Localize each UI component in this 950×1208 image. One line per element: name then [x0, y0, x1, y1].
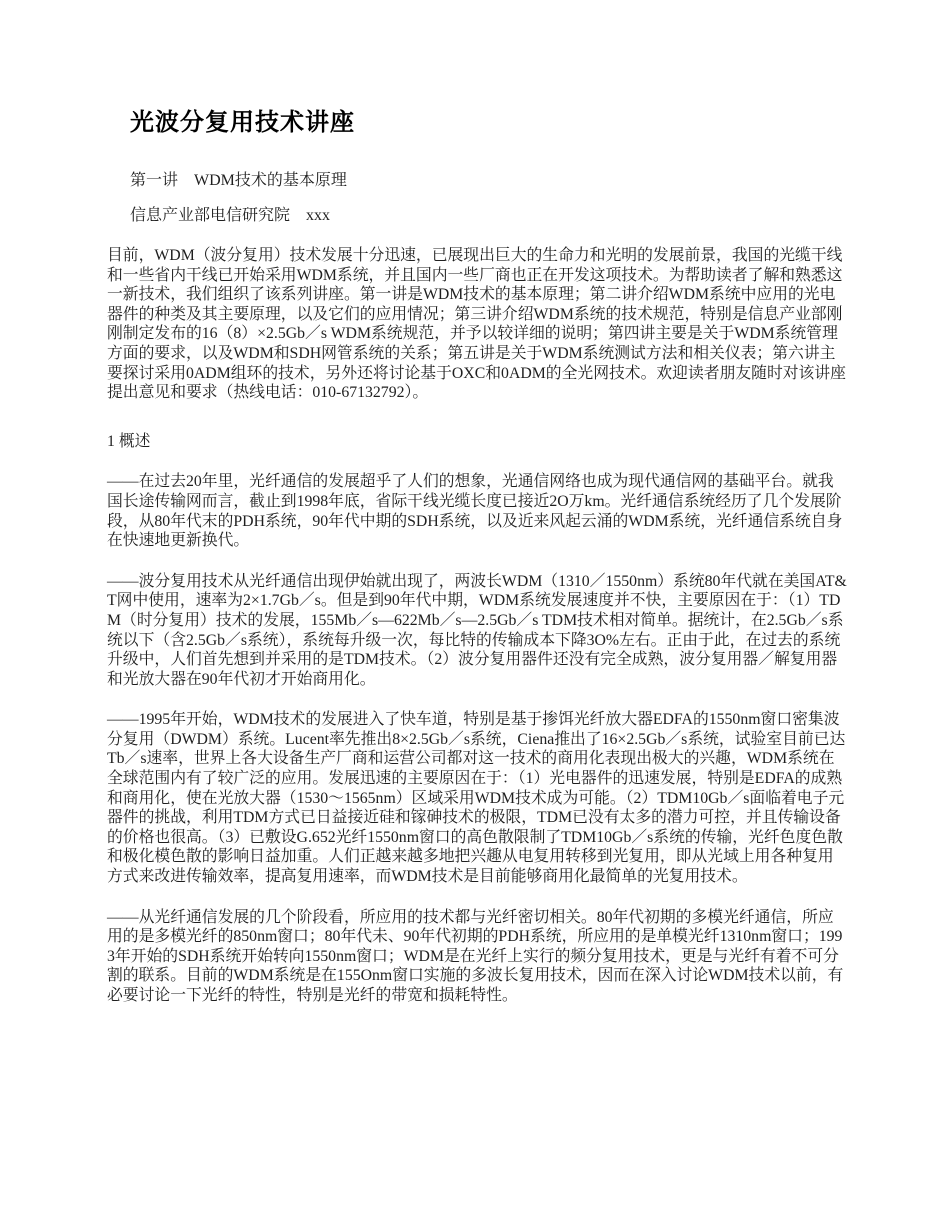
overview-paragraph-2: ——波分复用技术从光纤通信出现伊始就出现了，两波长WDM（1310／1550nm…	[107, 572, 849, 690]
lecture-subtitle: 第一讲 WDM技术的基本原理	[130, 171, 850, 190]
page-title: 光波分复用技术讲座	[130, 108, 850, 138]
author-line: 信息产业部电信研究院 xxx	[130, 206, 850, 225]
overview-paragraph-3: ——1995年开始，WDM技术的发展进入了快车道，特别是基于掺饵光纤放大器EDF…	[107, 710, 849, 886]
section-heading-overview: 1 概述	[107, 432, 850, 452]
document-page: 光波分复用技术讲座 第一讲 WDM技术的基本原理 信息产业部电信研究院 xxx …	[0, 0, 950, 1208]
overview-paragraph-1: ——在过去20年里，光纤通信的发展超乎了人们的想象，光通信网络也成为现代通信网的…	[107, 472, 849, 550]
intro-paragraph: 目前，WDM（波分复用）技术发展十分迅速，已展现出巨大的生命力和光明的发展前景，…	[107, 246, 849, 403]
overview-paragraph-4: ——从光纤通信发展的几个阶段看，所应用的技术都与光纤密切相关。80年代初期的多模…	[107, 908, 849, 1006]
